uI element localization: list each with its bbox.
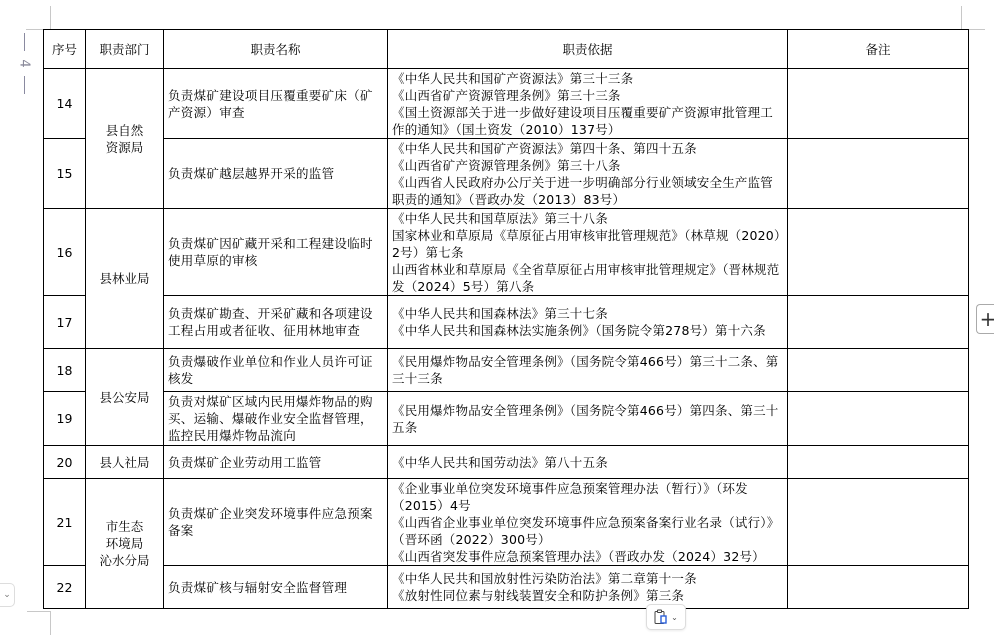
cell-note[interactable] — [788, 479, 969, 566]
cell-no[interactable]: 22 — [44, 566, 86, 609]
table-row: 20 县人社局 负责煤矿企业劳动用工监管 《中华人民共和国劳动法》第八十五条 — [44, 446, 969, 479]
cell-note[interactable] — [788, 209, 969, 296]
cell-name[interactable]: 负责对煤矿区域内民用爆炸物品的购买、运输、爆破作业安全监督管理，监控民用爆炸物品… — [164, 392, 388, 446]
basis-line: 《中华人民共和国森林法》第三十七条 — [392, 305, 783, 322]
cell-dept-forestry[interactable]: 县林业局 — [86, 209, 164, 349]
page-number: 4 — [14, 28, 34, 98]
cell-name[interactable]: 负责煤矿越层越界开采的监管 — [164, 139, 388, 209]
dept-line: 沁水分局 — [90, 552, 159, 569]
crop-mark-bottom-left-h — [27, 611, 51, 612]
cell-basis[interactable]: 《中华人民共和国矿产资源法》第三十三条 《山西省矿产资源管理条例》第三十三条 《… — [388, 69, 788, 139]
cell-name[interactable]: 负责煤矿企业劳动用工监管 — [164, 446, 388, 479]
basis-line: 《民用爆炸物品安全管理条例》（国务院令第466号）第三十二条、第三十三条 — [392, 353, 783, 387]
basis-line: 《国土资源部关于进一步做好建设项目压覆重要矿产资源审批管理工作的通知》（国土资发… — [392, 104, 783, 138]
cell-name[interactable]: 负责煤矿勘查、开采矿藏和各项建设工程占用或者征收、征用林地审查 — [164, 296, 388, 349]
cell-basis[interactable]: 《企业事业单位突发环境事件应急预案管理办法（暂行）》（环发（2015）4号 《山… — [388, 479, 788, 566]
cell-name[interactable]: 负责爆破作业单位和作业人员许可证核发 — [164, 349, 388, 392]
page-number-value: 4 — [17, 59, 32, 67]
page-number-dash-bottom — [24, 76, 25, 94]
cell-note[interactable] — [788, 446, 969, 479]
cell-no[interactable]: 14 — [44, 69, 86, 139]
cell-basis[interactable]: 《民用爆炸物品安全管理条例》（国务院令第466号）第四条、第三十五条 — [388, 392, 788, 446]
basis-line: 《山西省矿产资源管理条例》第三十八条 — [392, 157, 783, 174]
cell-name[interactable]: 负责煤矿因矿藏开采和工程建设临时使用草原的审核 — [164, 209, 388, 296]
cell-basis[interactable]: 《中华人民共和国森林法》第三十七条 《中华人民共和国森林法实施条例》（国务院令第… — [388, 296, 788, 349]
basis-line: 《山西省矿产资源管理条例》第三十三条 — [392, 87, 783, 104]
basis-line: 《民用爆炸物品安全管理条例》（国务院令第466号）第四条、第三十五条 — [392, 402, 783, 436]
header-no: 序号 — [44, 30, 86, 69]
collapse-toggle-button[interactable]: ⌄ — [0, 583, 15, 607]
cell-dept-eco[interactable]: 市生态 环境局 沁水分局 — [86, 479, 164, 609]
cell-note[interactable] — [788, 69, 969, 139]
cell-basis[interactable]: 《中华人民共和国草原法》第三十八条 国家林业和草原局《草原征占用审核审批管理规范… — [388, 209, 788, 296]
basis-line: 《放射性同位素与射线装置安全和防护条例》第三条 — [392, 587, 783, 604]
table-row: 18 县公安局 负责爆破作业单位和作业人员许可证核发 《民用爆炸物品安全管理条例… — [44, 349, 969, 392]
basis-line: 《中华人民共和国劳动法》第八十五条 — [392, 454, 783, 471]
cell-note[interactable] — [788, 296, 969, 349]
cell-no[interactable]: 16 — [44, 209, 86, 296]
table-header-row: 序号 职责部门 职责名称 职责依据 备注 — [44, 30, 969, 69]
table-row: 17 负责煤矿勘查、开采矿藏和各项建设工程占用或者征收、征用林地审查 《中华人民… — [44, 296, 969, 349]
basis-line: 《中华人民共和国矿产资源法》第四十条、第四十五条 — [392, 140, 783, 157]
cell-note[interactable] — [788, 566, 969, 609]
cell-no[interactable]: 20 — [44, 446, 86, 479]
cell-name[interactable]: 负责煤矿核与辐射安全监督管理 — [164, 566, 388, 609]
cell-note[interactable] — [788, 349, 969, 392]
cell-dept-natural-resources[interactable]: 县自然 资源局 — [86, 69, 164, 209]
paste-options-button[interactable]: ⌄ — [646, 604, 686, 630]
clipboard-icon — [654, 609, 668, 625]
crop-mark-top-left-v — [50, 6, 51, 30]
cell-basis[interactable]: 《中华人民共和国劳动法》第八十五条 — [388, 446, 788, 479]
cell-note[interactable] — [788, 392, 969, 446]
cell-no[interactable]: 18 — [44, 349, 86, 392]
cell-dept-police[interactable]: 县公安局 — [86, 349, 164, 446]
cell-name[interactable]: 负责煤矿企业突发环境事件应急预案备案 — [164, 479, 388, 566]
page-number-dash-top — [24, 33, 25, 51]
dept-line: 环境局 — [90, 535, 159, 552]
basis-line: 山西省林业和草原局《全省草原征占用审核审批管理规定》（晋林规范发（2024）5号… — [392, 261, 783, 295]
header-dept: 职责部门 — [86, 30, 164, 69]
cell-name[interactable]: 负责煤矿建设项目压覆重要矿床（矿产资源）审查 — [164, 69, 388, 139]
cell-basis[interactable]: 《中华人民共和国放射性污染防治法》第二章第十一条 《放射性同位素与射线装置安全和… — [388, 566, 788, 609]
table-row: 14 县自然 资源局 负责煤矿建设项目压覆重要矿床（矿产资源）审查 《中华人民共… — [44, 69, 969, 139]
cell-note[interactable] — [788, 139, 969, 209]
cell-no[interactable]: 21 — [44, 479, 86, 566]
crop-mark-bottom-left-v — [50, 611, 51, 635]
basis-line: 《山西省人民政府办公厅关于进一步明确部分行业领域安全生产监管职责的通知》（晋政办… — [392, 174, 783, 208]
header-name: 职责名称 — [164, 30, 388, 69]
basis-line: 《中华人民共和国放射性污染防治法》第二章第十一条 — [392, 570, 783, 587]
table-row: 21 市生态 环境局 沁水分局 负责煤矿企业突发环境事件应急预案备案 《企业事业… — [44, 479, 969, 566]
basis-line: 国家林业和草原局《草原征占用审核审批管理规范》（林草规（2020）2号）第七条 — [392, 227, 783, 261]
basis-line: 《山西省突发事件应急预案管理办法》（晋政办发（2024）32号） — [392, 548, 783, 565]
basis-line: 《企业事业单位突发环境事件应急预案管理办法（暂行）》（环发（2015）4号 — [392, 480, 783, 514]
cell-no[interactable]: 19 — [44, 392, 86, 446]
duty-table: 序号 职责部门 职责名称 职责依据 备注 14 县自然 资源局 负责煤矿建设项目… — [43, 29, 969, 609]
header-note: 备注 — [788, 30, 969, 69]
basis-line: 《山西省企业事业单位突发环境事件应急预案备案行业名录（试行）》（晋环函（2022… — [392, 514, 783, 548]
table-row: 22 负责煤矿核与辐射安全监督管理 《中华人民共和国放射性污染防治法》第二章第十… — [44, 566, 969, 609]
table-row: 16 县林业局 负责煤矿因矿藏开采和工程建设临时使用草原的审核 《中华人民共和国… — [44, 209, 969, 296]
dept-line: 市生态 — [90, 518, 159, 535]
basis-line: 《中华人民共和国草原法》第三十八条 — [392, 210, 783, 227]
table-row: 19 负责对煤矿区域内民用爆炸物品的购买、运输、爆破作业安全监督管理，监控民用爆… — [44, 392, 969, 446]
header-basis: 职责依据 — [388, 30, 788, 69]
cell-basis[interactable]: 《民用爆炸物品安全管理条例》（国务院令第466号）第三十二条、第三十三条 — [388, 349, 788, 392]
cell-no[interactable]: 17 — [44, 296, 86, 349]
cell-no[interactable]: 15 — [44, 139, 86, 209]
table-row: 15 负责煤矿越层越界开采的监管 《中华人民共和国矿产资源法》第四十条、第四十五… — [44, 139, 969, 209]
plus-icon: + — [980, 307, 994, 331]
chevron-down-icon: ⌄ — [3, 590, 11, 600]
dept-line: 县自然 — [90, 122, 159, 139]
add-row-button[interactable]: + — [976, 304, 994, 334]
dept-line: 资源局 — [90, 139, 159, 156]
basis-line: 《中华人民共和国矿产资源法》第三十三条 — [392, 70, 783, 87]
crop-mark-top-right-v — [961, 6, 962, 30]
cell-dept-hr[interactable]: 县人社局 — [86, 446, 164, 479]
chevron-down-icon: ⌄ — [671, 613, 678, 622]
cell-basis[interactable]: 《中华人民共和国矿产资源法》第四十条、第四十五条 《山西省矿产资源管理条例》第三… — [388, 139, 788, 209]
basis-line: 《中华人民共和国森林法实施条例》（国务院令第278号）第十六条 — [392, 322, 783, 339]
